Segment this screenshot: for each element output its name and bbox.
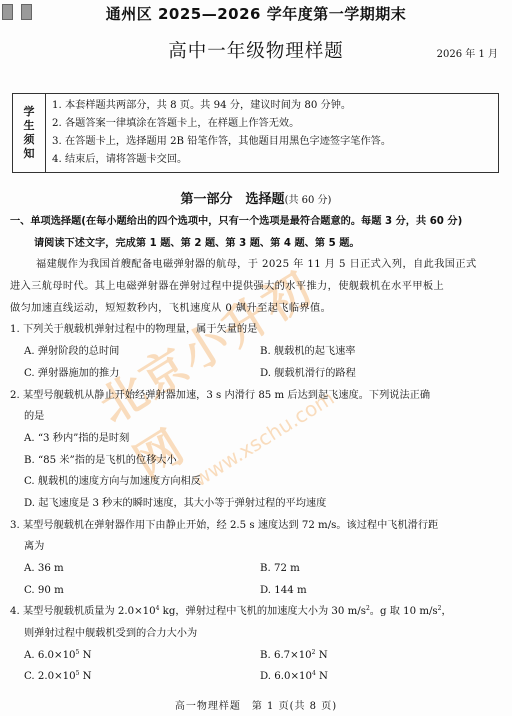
question-4-options-row: A. 6.0×105 N B. 6.7×102 N (10, 645, 502, 667)
notice-label-char: 学 (24, 105, 35, 119)
question-1-option-a: A. 弹射阶段的总时间 (10, 341, 246, 363)
option-unit: N (316, 671, 328, 682)
option-text: D. 6.0×10 (260, 671, 312, 682)
option-text: A. 6.0×10 (24, 650, 76, 661)
question-2-option-a: A. “3 秒内”指的是时刻 (10, 428, 502, 450)
paper-date: 2026 年 1 月 (437, 45, 498, 60)
question-2-stem-cont: 的是 (10, 406, 502, 428)
question-1-options-row: A. 弹射阶段的总时间 B. 舰载机的起飞速率 (10, 341, 502, 363)
question-2-option-c: C. 舰载机的速度方向与加速度方向相反 (10, 471, 502, 493)
notice-items: 1. 本套样题共两部分，共 8 页。共 94 分，建议时间为 80 分钟。 2.… (46, 94, 397, 172)
section-title: 第一部分 选择题 (181, 192, 285, 207)
section-heading: 第一部分 选择题(共 60 分) (0, 188, 512, 207)
question-2-stem: 2. 某型号舰载机从静止开始经弹射器加速，3 s 内滑行 85 m 后达到起飞速… (10, 385, 502, 407)
question-4-stem-text: 4. 某型号舰载机质量为 2.0×10 (10, 606, 156, 617)
option-unit: N (79, 650, 91, 661)
option-unit: N (79, 671, 91, 682)
question-1-stem: 1. 下列关于舰载机弹射过程中的物理量，属于矢量的是 (10, 319, 502, 341)
notice-label: 学 生 须 知 (13, 94, 46, 172)
reading-instruction: 请阅读下述文字，完成第 1 题、第 2 题、第 3 题、第 4 题、第 5 题。 (10, 233, 502, 255)
question-3-option-a: A. 36 m (10, 558, 246, 580)
question-4-option-d: D. 6.0×104 N (246, 666, 482, 688)
notice-item: 4. 结束后，请将答题卡交回。 (52, 151, 391, 169)
question-2-option-d: D. 起飞速度是 3 秒末的瞬时速度，其大小等于弹射过程的平均速度 (10, 493, 502, 515)
student-notice-box: 学 生 须 知 1. 本套样题共两部分，共 8 页。共 94 分，建议时间为 8… (12, 93, 499, 173)
option-unit: N (316, 650, 328, 661)
notice-item: 1. 本套样题共两部分，共 8 页。共 94 分，建议时间为 80 分钟。 (52, 97, 391, 115)
question-4-option-a: A. 6.0×105 N (10, 645, 246, 667)
paper-title: 高中一年级物理样题 (0, 37, 512, 63)
question-1-option-c: C. 弹射器施加的推力 (10, 363, 246, 385)
exam-content: 一、单项选择题(在每小题给出的四个选项中，只有一个选项是最符合题意的。每题 3 … (10, 211, 502, 688)
passage-line: 福建舰作为我国首艘配备电磁弹射器的航母，于 2025 年 11 月 5 日正式入… (10, 254, 502, 276)
notice-label-char: 生 (24, 119, 35, 133)
question-3-option-d: D. 144 m (246, 580, 482, 602)
question-4-stem-text: kg，弹射过程中飞机的加速度大小为 30 m/s (159, 606, 366, 617)
notice-label-char: 知 (24, 147, 35, 161)
question-4-option-b: B. 6.7×102 N (246, 645, 482, 667)
exam-title: 通州区 2025—2026 学年度第一学期期末 (0, 3, 512, 24)
notice-item: 2. 各题答案一律填涂在答题卡上，在样题上作答无效。 (52, 115, 391, 133)
question-3-options-row: A. 36 m B. 72 m (10, 558, 502, 580)
question-3-stem-cont: 离为 (10, 536, 502, 558)
section-score: (共 60 分) (285, 195, 332, 206)
page-footer: 高一物理样题 第 1 页(共 8 页) (0, 697, 512, 712)
question-1-option-d: D. 舰载机滑行的路程 (246, 363, 482, 385)
question-4-stem-text: 。g 取 10 m/s (370, 606, 438, 617)
question-3-option-c: C. 90 m (10, 580, 246, 602)
question-4-options-row: C. 2.0×105 N D. 6.0×104 N (10, 666, 502, 688)
question-4-option-c: C. 2.0×105 N (10, 666, 246, 688)
passage-line: 进入三航母时代。其上电磁弹射器在弹射过程中提供强大的水平推力，使舰载机在水平甲板… (10, 276, 502, 298)
question-4-stem-text: ， (442, 606, 452, 617)
passage-line: 做匀加速直线运动，短短数秒内，飞机速度从 0 飙升至起飞临界值。 (10, 298, 502, 320)
part-heading: 一、单项选择题(在每小题给出的四个选项中，只有一个选项是最符合题意的。每题 3 … (10, 211, 502, 233)
question-2-option-b: B. “85 米”指的是飞机的位移大小 (10, 450, 502, 472)
notice-item: 3. 在答题卡上，选择题用 2B 铅笔作答，其他题目用黑色字迹签字笔作答。 (52, 133, 391, 151)
option-text: B. 6.7×10 (260, 650, 312, 661)
question-4-stem-cont: 则弹射过程中舰载机受到的合力大小为 (10, 623, 502, 645)
question-1-options-row: C. 弹射器施加的推力 D. 舰载机滑行的路程 (10, 363, 502, 385)
question-3-option-b: B. 72 m (246, 558, 482, 580)
question-3-options-row: C. 90 m D. 144 m (10, 580, 502, 602)
question-3-stem: 3. 某型号舰载机在弹射器作用下由静止开始，经 2.5 s 速度达到 72 m/… (10, 515, 502, 537)
notice-label-char: 须 (24, 133, 35, 147)
option-text: C. 2.0×10 (24, 671, 76, 682)
question-4-stem: 4. 某型号舰载机质量为 2.0×104 kg，弹射过程中飞机的加速度大小为 3… (10, 601, 502, 623)
question-1-option-b: B. 舰载机的起飞速率 (246, 341, 482, 363)
